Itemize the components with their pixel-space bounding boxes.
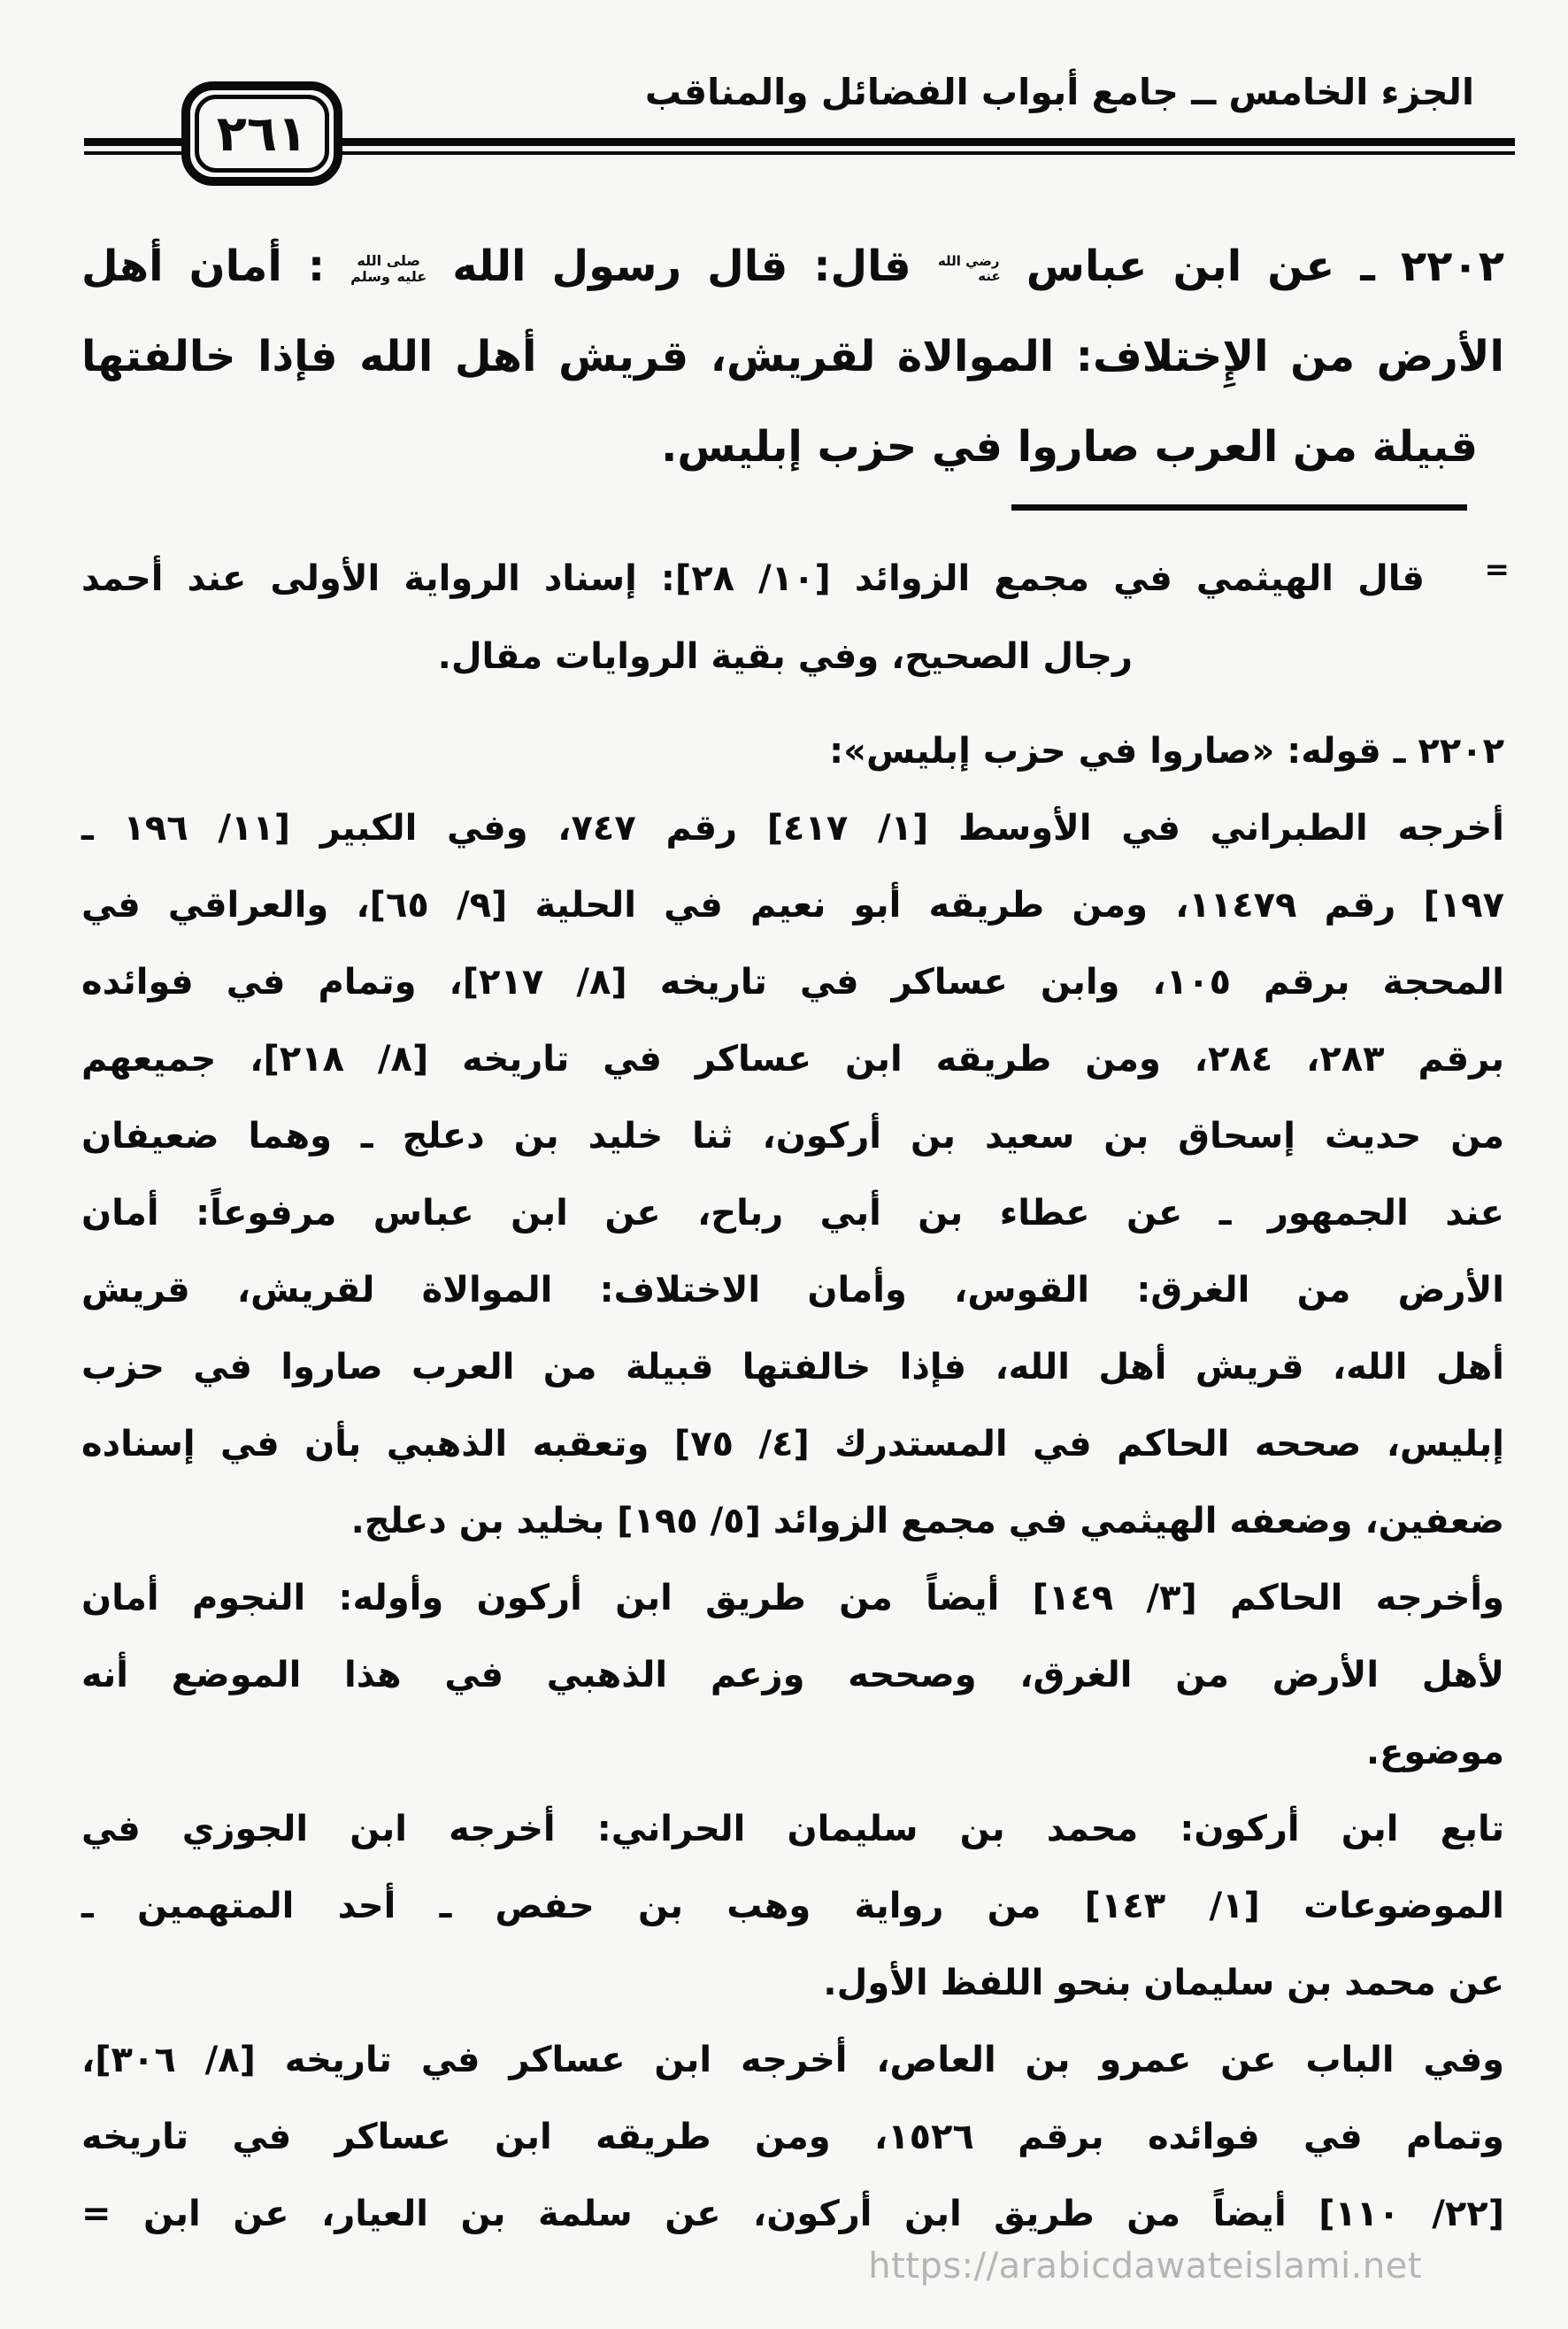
radiallahu-anhu-seal: رضي الله عنه <box>937 254 1001 285</box>
footnote-separator-rule <box>1011 504 1467 511</box>
book-header-title: الجزء الخامس ــ جامع أبواب الفضائل والمن… <box>645 71 1474 113</box>
commentary-line: تابع ابن أركون: محمد بن سليمان الحراني: … <box>81 1791 1504 1868</box>
commentary-line: إبليس، صححه الحاكم في المستدرك [٤/ ٧٥] و… <box>81 1406 1504 1483</box>
sallallahu-alayhi-wasallam-seal: صلى الله عليه وسلم <box>350 253 427 284</box>
hadith-block: ٢٢٠٢ ـ عن ابن عباس رضي الله عنه قال: قال… <box>81 221 1504 492</box>
hadith-number-and-isnad: ٢٢٠٢ ـ عن ابن عباس <box>1026 242 1504 291</box>
site-watermark: https://arabicdawateislami.net <box>868 2246 1422 2287</box>
hadith-qala: قال: قال رسول الله <box>452 242 911 291</box>
hadith-line-3: قبيلة من العرب صاروا في حزب إبليس. <box>81 402 1504 492</box>
commentary-line: الأرض من الغرق: القوس، وأمان الاختلاف: ا… <box>81 1252 1504 1329</box>
commentary-line: لأهل الأرض من الغرق، وصححه وزعم الذهبي ف… <box>81 1637 1504 1714</box>
commentary-line: عند الجمهور ـ عن عطاء بن أبي رباح، عن اب… <box>81 1175 1504 1252</box>
commentary-line: أخرجه الطبراني في الأوسط [١/ ٤١٧] رقم ٧٤… <box>81 790 1504 867</box>
commentary-line: برقم ٢٨٣، ٢٨٤، ومن طريقه ابن عساكر في تا… <box>81 1021 1504 1098</box>
commentary-line: وفي الباب عن عمرو بن العاص، أخرجه ابن عس… <box>81 2022 1504 2099</box>
footnote-block: قال الهيثمي في مجمع الزوائد [١٠/ ٢٨]: إس… <box>81 540 1504 696</box>
commentary-block: ٢٢٠٢ ـ قوله: «صاروا في حزب إبليس»: أخرجه… <box>81 713 1504 2253</box>
commentary-line: ضعفين، وضعفه الهيثمي في مجمع الزوائد [٥/… <box>81 1483 1504 1560</box>
commentary-line: أهل الله، قريش أهل الله، فإذا خالفتها قب… <box>81 1329 1504 1406</box>
commentary-line: من حديث إسحاق بن سعيد بن أركون، ثنا خليد… <box>81 1098 1504 1175</box>
page-number: ٢٦١ <box>195 95 329 173</box>
hadith-line-2: الأرض من الإِختلاف: الموالاة لقريش، قريش… <box>81 311 1504 402</box>
hadith-matn-start: : أمان أهل <box>81 242 325 291</box>
commentary-line: المحجة برقم ١٠٥، وابن عساكر في تاريخه [٨… <box>81 944 1504 1021</box>
commentary-line: وتمام في فوائده برقم ١٥٢٦، ومن طريقه ابن… <box>81 2099 1504 2176</box>
commentary-line: [٢٢/ ١١٠] أيضاً من طريق ابن أركون، عن سل… <box>81 2176 1504 2253</box>
page-number-badge: ٢٦١ <box>181 81 342 186</box>
footnote-line: قال الهيثمي في مجمع الزوائد [١٠/ ٢٨]: إس… <box>81 540 1504 618</box>
commentary-line: موضوع. <box>81 1714 1504 1791</box>
footnote-line: رجال الصحيح، وفي بقية الروايات مقال. <box>81 618 1504 696</box>
scanned-book-page: الجزء الخامس ــ جامع أبواب الفضائل والمن… <box>0 0 1568 2329</box>
hadith-line-1: ٢٢٠٢ ـ عن ابن عباس رضي الله عنه قال: قال… <box>81 221 1504 311</box>
commentary-line: ٢٢٠٢ ـ قوله: «صاروا في حزب إبليس»: <box>81 713 1504 790</box>
commentary-line: عن محمد بن سليمان بنحو اللفظ الأول. <box>81 1945 1504 2022</box>
commentary-line: الموضوعات [١/ ١٤٣] من رواية وهب بن حفص ـ… <box>81 1868 1504 1945</box>
commentary-line: وأخرجه الحاكم [٣/ ١٤٩] أيضاً من طريق ابن… <box>81 1560 1504 1637</box>
commentary-line: ١٩٧] رقم ١١٤٧٩، ومن طريقه أبو نعيم في ال… <box>81 867 1504 944</box>
